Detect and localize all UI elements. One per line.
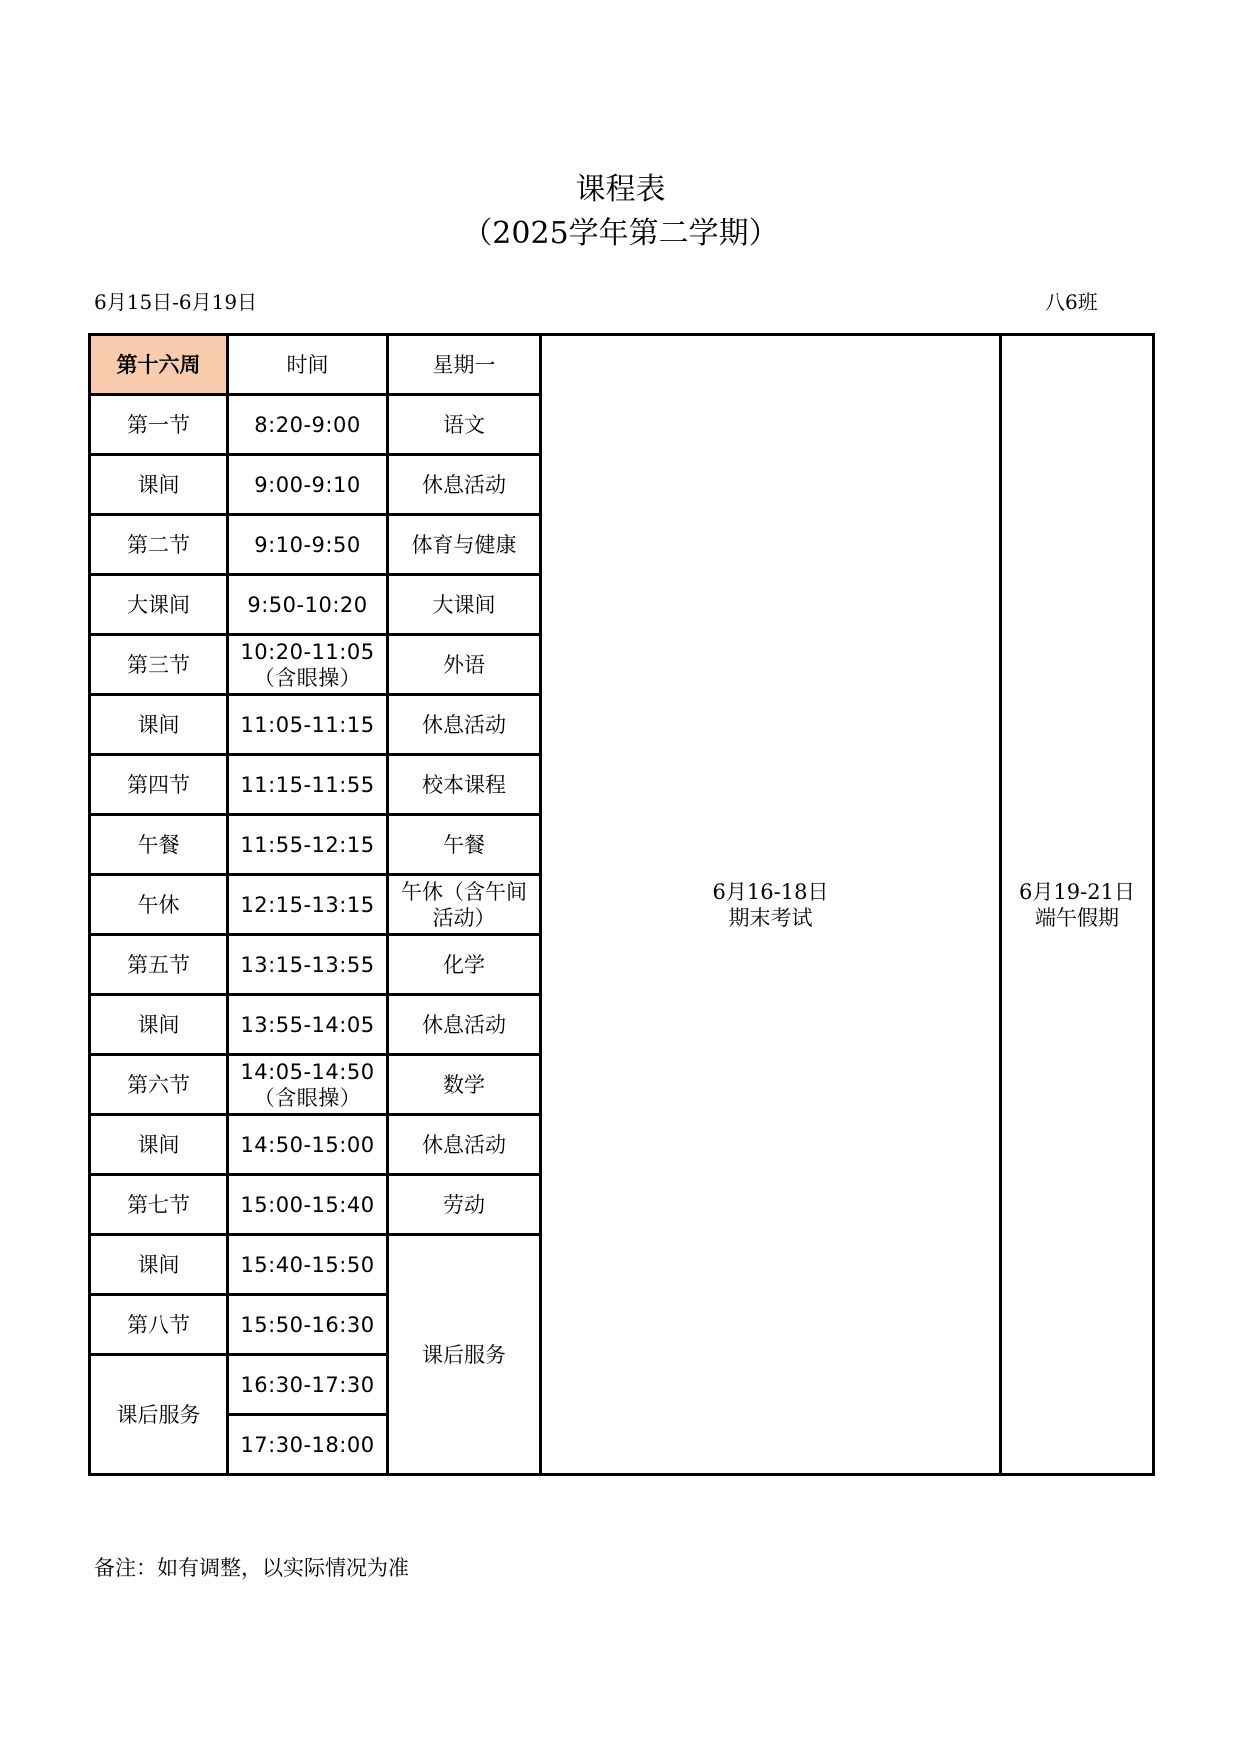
subject-cell: 劳动 — [388, 1175, 541, 1235]
semester-subtitle: （2025学年第二学期） — [0, 212, 1241, 256]
time-cell: 14:05-14:50 （含眼操） — [228, 1055, 388, 1115]
time-cell: 9:10-9:50 — [228, 515, 388, 575]
time-cell: 9:00-9:10 — [228, 455, 388, 515]
period-cell: 第五节 — [90, 935, 228, 995]
period-cell: 第四节 — [90, 755, 228, 815]
exam-dates: 6月16-18日 — [542, 879, 999, 905]
subject-cell: 午休（含午间活动） — [388, 875, 541, 935]
time-cell: 13:15-13:55 — [228, 935, 388, 995]
subject-cell: 体育与健康 — [388, 515, 541, 575]
period-cell: 第六节 — [90, 1055, 228, 1115]
time-range: 14:05-14:50 — [229, 1059, 386, 1085]
footer-note: 备注：如有调整，以实际情况为准 — [94, 1554, 409, 1582]
exam-label: 期末考试 — [542, 905, 999, 931]
week-number-cell: 第十六周 — [90, 335, 228, 395]
subject-cell: 外语 — [388, 635, 541, 695]
subject-cell: 数学 — [388, 1055, 541, 1115]
holiday-dates: 6月19-21日 — [1002, 879, 1152, 905]
time-column-header: 时间 — [228, 335, 388, 395]
time-note: （含眼操） — [229, 1085, 386, 1111]
after-school-service-period: 课后服务 — [90, 1355, 228, 1475]
after-school-service-subject: 课后服务 — [388, 1235, 541, 1475]
time-cell: 13:55-14:05 — [228, 995, 388, 1055]
time-range: 10:20-11:05 — [229, 639, 386, 665]
time-cell: 8:20-9:00 — [228, 395, 388, 455]
time-cell: 15:40-15:50 — [228, 1235, 388, 1295]
time-cell: 12:15-13:15 — [228, 875, 388, 935]
subject-cell: 大课间 — [388, 575, 541, 635]
period-cell: 第三节 — [90, 635, 228, 695]
period-cell: 第八节 — [90, 1295, 228, 1355]
time-cell: 11:15-11:55 — [228, 755, 388, 815]
period-cell: 课间 — [90, 1115, 228, 1175]
subject-cell: 语文 — [388, 395, 541, 455]
period-cell: 第七节 — [90, 1175, 228, 1235]
subject-cell: 化学 — [388, 935, 541, 995]
subject-cell: 校本课程 — [388, 755, 541, 815]
subject-cell: 休息活动 — [388, 1115, 541, 1175]
time-cell: 11:55-12:15 — [228, 815, 388, 875]
time-note: （含眼操） — [229, 665, 386, 691]
time-cell: 17:30-18:00 — [228, 1415, 388, 1475]
class-name: 八6班 — [1045, 288, 1098, 316]
time-cell: 10:20-11:05 （含眼操） — [228, 635, 388, 695]
monday-column-header: 星期一 — [388, 335, 541, 395]
subject-cell: 午餐 — [388, 815, 541, 875]
period-cell: 课间 — [90, 1235, 228, 1295]
period-cell: 第一节 — [90, 395, 228, 455]
holiday-block: 6月19-21日 端午假期 — [1001, 335, 1154, 1475]
page-title: 课程表 — [0, 168, 1241, 212]
period-cell: 课间 — [90, 695, 228, 755]
date-range: 6月15日-6月19日 — [94, 288, 257, 316]
subject-cell: 休息活动 — [388, 995, 541, 1055]
table-header-row: 第十六周 时间 星期一 6月16-18日 期末考试 6月19-21日 端午假期 — [90, 335, 1154, 395]
holiday-label: 端午假期 — [1002, 905, 1152, 931]
time-cell: 15:00-15:40 — [228, 1175, 388, 1235]
time-cell: 9:50-10:20 — [228, 575, 388, 635]
time-cell: 15:50-16:30 — [228, 1295, 388, 1355]
period-cell: 课间 — [90, 995, 228, 1055]
time-cell: 16:30-17:30 — [228, 1355, 388, 1415]
subject-cell: 休息活动 — [388, 455, 541, 515]
period-cell: 午休 — [90, 875, 228, 935]
period-cell: 大课间 — [90, 575, 228, 635]
time-cell: 11:05-11:15 — [228, 695, 388, 755]
period-cell: 午餐 — [90, 815, 228, 875]
schedule-table: 第十六周 时间 星期一 6月16-18日 期末考试 6月19-21日 端午假期 … — [88, 333, 1155, 1476]
exam-block: 6月16-18日 期末考试 — [541, 335, 1001, 1475]
time-cell: 14:50-15:00 — [228, 1115, 388, 1175]
period-cell: 课间 — [90, 455, 228, 515]
period-cell: 第二节 — [90, 515, 228, 575]
subject-cell: 休息活动 — [388, 695, 541, 755]
